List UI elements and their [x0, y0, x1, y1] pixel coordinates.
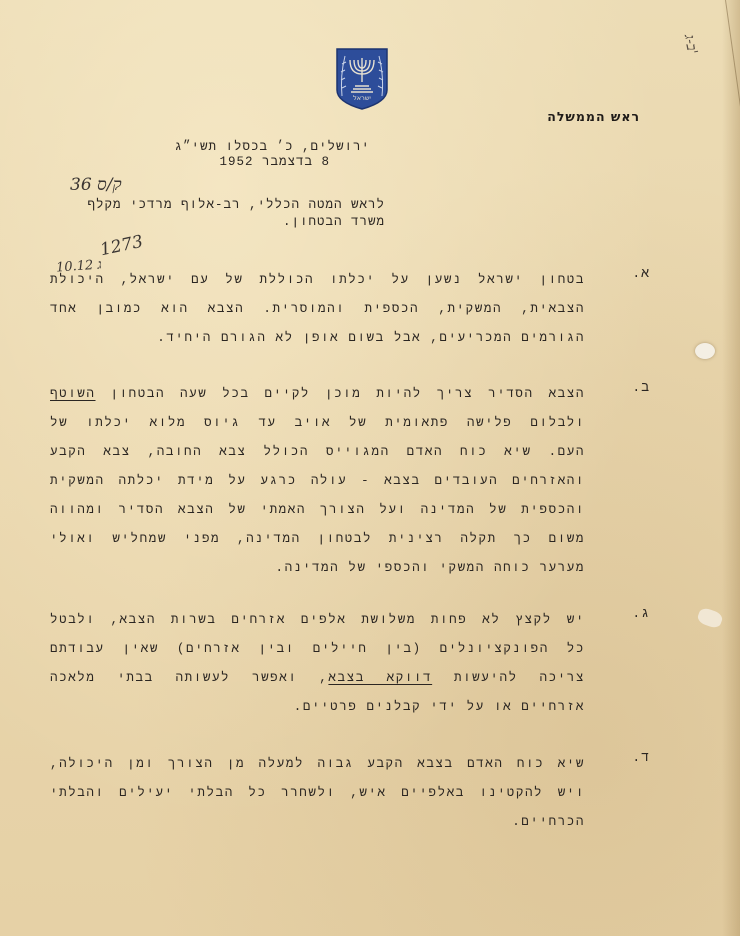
svg-text:ישראל: ישראל	[353, 94, 371, 102]
underlined-text: דווקא בצבא	[328, 671, 432, 685]
paragraph-line: הצבא הסדיר צריך להיות מוכן לקיים בכל שעה…	[50, 380, 585, 409]
paragraph-line: משום כך תקלה רצינית לבטחון המדינה, מפני …	[50, 525, 585, 554]
paragraph-a: א. בטחון ישראל נשען על יכלתו הכוללת של ע…	[50, 266, 650, 353]
paragraph-line: יש לקצץ לא פחות משלושת אלפים אזרחים בשרו…	[50, 606, 585, 635]
paragraph-d: ד. שיא כוח האדם בצבא הקבע גבוה למעלה מן …	[50, 750, 650, 837]
paper-tear	[696, 606, 724, 629]
paragraph-line: ויש להקטינו באלפיים איש, ולשחרר כל הבלתי…	[50, 779, 585, 808]
paragraph-g: ג. יש לקצץ לא פחות משלושת אלפים אזרחים ב…	[50, 606, 650, 722]
addressee-name: לראש המטה הכללי, רב-אלוף מרדכי מקלף	[45, 197, 385, 214]
office-title: ראש הממשלה	[547, 109, 640, 124]
paragraph-line-text: , ואפשר לעשותה בבתי מלאכה	[50, 671, 328, 685]
paragraph-line: והאזרחים העובדים בצבא - עולה כרגע על מיד…	[50, 467, 585, 496]
hebrew-date: ירושלים, כ׳ בכסלו תשי״ג	[150, 140, 370, 155]
paragraph-line-text: הצבא הסדיר צריך להיות מוכן לקיים בכל שעה…	[110, 387, 585, 401]
paragraph-line-text: צריכה להיעשות	[454, 671, 585, 685]
paragraph-line: הכרחיים.	[50, 808, 585, 837]
paragraph-line: שיא כוח האדם בצבא הקבע גבוה למעלה מן הצו…	[50, 750, 585, 779]
letter-page: ישראל ראש הממשלה ירושלים, כ׳ בכסלו תשי״ג…	[0, 0, 740, 936]
addressee-block: לראש המטה הכללי, רב-אלוף מרדכי מקלף משרד…	[45, 197, 385, 231]
handwritten-registry-number: 1273	[98, 232, 144, 261]
paragraph-marker: ב.	[632, 380, 650, 395]
paragraph-line: צריכה להיעשות דווקא בצבא, ואפשר לעשותה ב…	[50, 664, 585, 693]
paragraph-marker: א.	[632, 266, 650, 281]
paragraph-b: ב. הצבא הסדיר צריך להיות מוכן לקיים בכל …	[50, 380, 650, 583]
state-emblem-icon: ישראל	[334, 46, 390, 112]
paragraph-line: כל הפונקציונלים (בין חיילים ובין אזרחים)…	[50, 635, 585, 664]
handwritten-file-mark: ק/ס 36	[70, 175, 122, 195]
punch-hole	[695, 343, 715, 359]
paragraph-line: העם. שיא כוח האדם המגוייס הכולל צבא החוב…	[50, 438, 585, 467]
paragraph-line: מערער כוחה המשקי והכספי של המדינה.	[50, 554, 585, 583]
paragraph-line: והכספית של המדינה ועל הצורך האמתי של הצב…	[50, 496, 585, 525]
paragraph-marker: ד.	[632, 750, 650, 765]
addressee-office: משרד הבטחון.	[45, 214, 385, 231]
paragraph-marker: ג.	[632, 606, 650, 621]
paper-edge-shadow	[722, 0, 740, 936]
paragraph-line: בטחון ישראל נשען על יכלתו הכוללת של עם י…	[50, 266, 585, 295]
paragraph-line: אזרחיים או על ידי קבלנים פרטיים.	[50, 693, 585, 722]
paragraph-line: הגורמים המכריעים, אבל בשום אופן לא הגורם…	[50, 324, 585, 353]
dateline: ירושלים, כ׳ בכסלו תשי״ג 8 בדצמבר 1952	[150, 140, 370, 170]
gregorian-date: 8 בדצמבר 1952	[150, 155, 370, 170]
handwritten-corner-mark: ב-ג'	[680, 33, 700, 56]
paragraph-line: הצבאית, המשקית, הכספית והמוסרית. הצבא הו…	[50, 295, 585, 324]
underlined-text: השוטף	[50, 387, 96, 401]
paragraph-line: ולבלום פלישה פתאומית של אויב עד גיוס מלו…	[50, 409, 585, 438]
